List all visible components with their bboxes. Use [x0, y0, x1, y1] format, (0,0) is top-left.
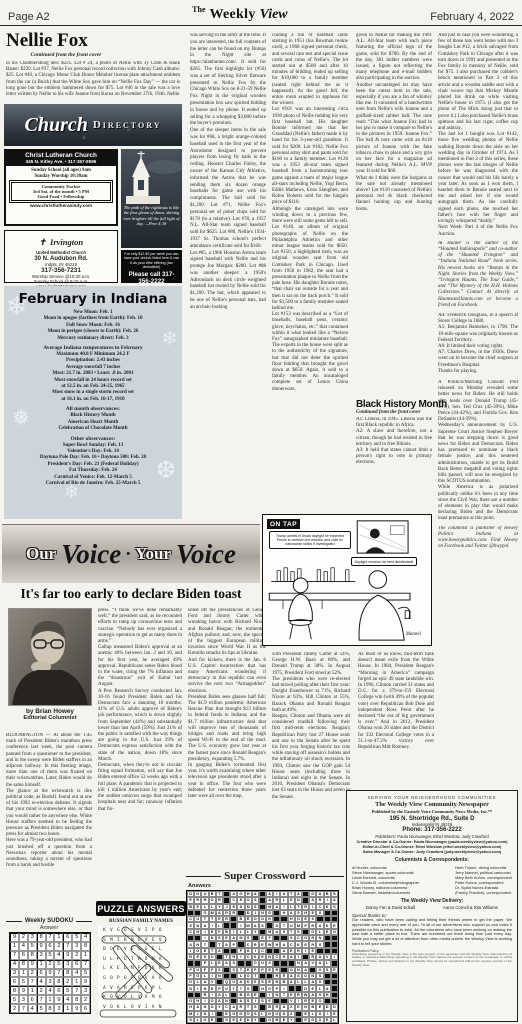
crossword-letter-cell: S: [187, 1017, 194, 1023]
sudoku-cell: 5: [72, 933, 81, 942]
wordsearch-answer-block: RUSSIAN FAMILY NAMES KVGOSVIPOSMIRNOVEVB…: [98, 918, 184, 1020]
cartoon-speech-bubble-2: Daylight remains his best disinfectant!: [351, 557, 417, 566]
sudoku-cell: 6: [54, 986, 63, 995]
lutheran-line2: Sunday Worship 10:30am: [6, 174, 116, 179]
banner-bullet: •: [126, 548, 130, 560]
sudoku-cell: 8: [54, 977, 63, 986]
sudoku-cell: 5: [81, 969, 90, 978]
irvington-name-row: ✝ Irvington: [5, 232, 117, 250]
steeple-verse-ref: —Prov 4:18: [145, 221, 166, 226]
sudoku-cell: 8: [28, 951, 37, 960]
sudoku-cell: 1: [19, 969, 28, 978]
sudoku-cell: 2: [81, 995, 90, 1004]
sudoku-cell: 2: [72, 951, 81, 960]
crossword-answer-block: Super Crossword Answers DOUBTAGHAAIATADA…: [186, 870, 344, 1024]
irvington-phone: 317-356-7231: [5, 267, 117, 274]
sudoku-cell: 6: [10, 977, 19, 986]
howey-tagline: The columnist is publisher of Howey Poli…: [438, 526, 518, 551]
february-temp-line: at 16.1 in. on Feb. 16-17, 1910: [4, 397, 182, 403]
february-in-indiana-box: ❄ ❄ ❅ ❆ ❄ February in Indiana New Moon: …: [4, 286, 182, 519]
cartoonist-signature: Mannel: [406, 632, 421, 637]
sudoku-cell: 2: [54, 942, 63, 951]
sudoku-cell: 9: [72, 1004, 81, 1013]
banner-voice2: Voice: [176, 539, 236, 570]
byline-name: by Brian Howey: [8, 708, 92, 715]
columnists-columns: Al Hunter, columnistSteve Nicewanger, sp…: [352, 865, 512, 895]
crossword-letter-cell: O: [266, 1017, 273, 1023]
sudoku-cell: 2: [63, 977, 72, 986]
february-moon-lines: New Moon: Feb. 1Moon in apogee (farthest…: [4, 310, 182, 342]
crossword-letter-cell: L: [194, 1017, 201, 1023]
sudoku-cell: 3: [81, 986, 90, 995]
sudoku-cell: 5: [46, 951, 55, 960]
sudoku-cell: 3: [19, 995, 28, 1004]
crossword-title: Super Crossword: [224, 870, 306, 882]
nellie-article-col6: And just in case you were wondering, a f…: [438, 33, 518, 238]
cartoon-speech-bubble-1: Trump admits in broad daylight he expect…: [269, 531, 351, 549]
bhm-headline: Black History Month: [356, 399, 432, 410]
church-banner-script: Church: [24, 114, 87, 137]
sudoku-cell: 4: [72, 969, 81, 978]
byline-title: Editorial Columnist: [8, 715, 92, 721]
church-listing-text: For only $12.50 per week you can have yo…: [123, 252, 180, 270]
february-moon-line: Mercury stationary direct: Feb. 3: [4, 336, 182, 342]
nellie-article-col4: cluding a run of baseball cards starting…: [272, 33, 348, 512]
delivery-heading: The Weekly View Delivery:: [352, 898, 512, 904]
sudoku-cell: 6: [46, 942, 55, 951]
cartoon-title: ON TAP: [267, 519, 300, 529]
sudoku-cell: 8: [81, 942, 90, 951]
sudoku-cell: 2: [37, 986, 46, 995]
our-voice-banner: Our Voice • Your Voice: [2, 524, 260, 583]
columnists-left: Al Hunter, columnistSteve Nicewanger, sp…: [352, 865, 419, 895]
howey-col4: with President Jimmy Carter at 54%, Geor…: [272, 652, 350, 864]
sudoku-cell: 9: [10, 933, 19, 942]
crossword-answer-grid: DOUBTAGHAAIATADABSERRORCEOSARLENARIABELL…: [186, 890, 339, 1024]
columnists-right: Herb Thyme, dining columnistJerry Mannel…: [455, 865, 512, 895]
irvington-methodist-ad[interactable]: ✝ Irvington United Methodist Church 30 N…: [4, 230, 118, 283]
february-allmonth-heading: All month observances:: [4, 406, 182, 413]
february-other-heading: Other observances:: [4, 436, 182, 443]
sudoku-cell: 7: [46, 933, 55, 942]
delivery-left: Danny Fan & David Edsall: [366, 905, 415, 910]
sudoku-cell: 5: [54, 960, 63, 969]
sudoku-cell: 4: [10, 960, 19, 969]
sudoku-cell: 9: [54, 995, 63, 1004]
sudoku-cell: 2: [46, 960, 55, 969]
steeple-verse: The path of the righteous is like the fi…: [123, 205, 180, 227]
crossword-letter-cell: E: [237, 1017, 244, 1023]
sudoku-cell: 1: [46, 995, 55, 1004]
nellie-article-col5: given to Nellie for making the 1961 A.L.…: [356, 33, 432, 397]
banner-our: Our: [26, 544, 56, 564]
church-directory-banner: Church Directory: [4, 104, 182, 146]
sudoku-cell: 5: [28, 942, 37, 951]
sudoku-cell: 4: [63, 995, 72, 1004]
crossword-letter-cell: S: [316, 1017, 323, 1023]
lutheran-name: Christ Lutheran Church: [6, 152, 116, 159]
sudoku-cell: 8: [19, 960, 28, 969]
howey-col2: press. “I think we've done remarkably we…: [98, 608, 182, 897]
sudoku-cell: 1: [54, 933, 63, 942]
sudoku-cell: 9: [19, 986, 28, 995]
lutheran-url: www.christlutheranindy.com: [6, 203, 116, 208]
sudoku-cell: 4: [46, 986, 55, 995]
crossword-letter-cell: Y: [288, 1017, 295, 1023]
nellie-fox-headline: Nellie Fox: [6, 30, 166, 52]
howey-col5: As most of us know, mid-term funk doesn'…: [358, 652, 434, 785]
crossword-letter-cell: D: [309, 1017, 316, 1023]
delivery-row: Danny Fan & David Edsall Aaron Cornell &…: [352, 905, 512, 910]
february-allmonth-list: Black History MonthAmerican Heart MonthC…: [4, 413, 182, 432]
nellie-article-col3: was serving in the army at the time. If …: [190, 33, 266, 517]
sudoku-cell: 7: [54, 969, 63, 978]
right-column-stack: And just in case you were wondering, a f…: [438, 33, 518, 777]
bhm-answers-4-7: A4: Frederick Douglass, in a speech at S…: [438, 313, 518, 375]
cross-icon: ✝: [39, 237, 46, 247]
february-temps-heading: Average Indiana temperatures in February: [4, 345, 182, 352]
sudoku-cell: 9: [37, 942, 46, 951]
issue-date: February 4, 2022: [430, 11, 514, 23]
sudoku-cell: 6: [37, 969, 46, 978]
sudoku-cell: 2: [19, 933, 28, 942]
brian-howey-photo: [8, 608, 92, 706]
crossword-letter-cell: B: [273, 1017, 280, 1023]
sudoku-cell: 8: [46, 1004, 55, 1013]
sudoku-cell: 7: [19, 1004, 28, 1013]
sudoku-cell: 2: [10, 1004, 19, 1013]
church-banner-caps: Directory: [93, 119, 162, 131]
page-number: Page A2: [8, 11, 50, 23]
sudoku-cell: 9: [63, 951, 72, 960]
church-steeple-image: [121, 149, 182, 248]
february-box-title: February in Indiana: [4, 291, 182, 307]
delivery-right: Aaron Cornell & Rita Williams: [443, 905, 498, 910]
sudoku-cell: 9: [46, 969, 55, 978]
policy-text: Advertising appearing in the Weekly View…: [352, 953, 512, 968]
sudoku-cell: 3: [72, 942, 81, 951]
church-listing-phone: Please call 317-356-2222: [123, 271, 180, 285]
sudoku-answer-block: Weekly SUDOKU Answer 9238716541459627387…: [6, 918, 92, 1014]
sudoku-cell: 6: [72, 960, 81, 969]
page-header: Page A2 The Weekly View February 4, 2022: [0, 0, 522, 26]
sudoku-cell: 3: [54, 1004, 63, 1013]
published-by: Published by the Eastside Voice Communit…: [352, 809, 512, 814]
black-history-month-block: Black History Month Continued from the f…: [356, 399, 432, 517]
sudoku-cell: 7: [28, 977, 37, 986]
sudoku-cell: 4: [54, 951, 63, 960]
sudoku-cell: 1: [81, 951, 90, 960]
february-observance: Carnival of Rio de Janeiro: Feb. 25-Marc…: [4, 481, 182, 487]
church-steeple-panel: The path of the righteous is like the fi…: [121, 149, 182, 248]
february-temp-lines: Maximum 40.8 F Minimum 24.2 FPrecipitati…: [4, 352, 182, 403]
howey-byline: by Brian Howey Editorial Columnist: [8, 708, 92, 721]
crossword-letter-cell: D: [245, 1017, 252, 1023]
owner-lines: Creative Director & Co-Owner: Paula Nice…: [352, 839, 512, 854]
crossword-letter-cell: L: [331, 1017, 338, 1023]
sudoku-cell: 5: [19, 977, 28, 986]
crossword-letter-cell: E: [324, 1017, 331, 1023]
sudoku-cell: 3: [10, 969, 19, 978]
crossword-letter-cell: O: [201, 1017, 208, 1023]
sudoku-cell: 6: [28, 995, 37, 1004]
irvington-name: Irvington: [50, 237, 83, 247]
crossword-letter-cell: Y: [252, 1017, 259, 1023]
sudoku-cell: 7: [37, 995, 46, 1004]
sudoku-cell: 6: [19, 951, 28, 960]
sudoku-cell: 1: [37, 960, 46, 969]
lutheran-line1: Sunday School (all ages) 9am: [6, 168, 116, 173]
nellie-fox-continued-line: Continued from the front cover: [6, 52, 126, 58]
sudoku-cell: 3: [28, 933, 37, 942]
howey-col3: ished off the presidencies of Gerald For…: [188, 608, 266, 865]
sudoku-cell: 4: [28, 1004, 37, 1013]
lutheran-euchre3: Good Food • Fellowship: [12, 194, 110, 199]
sudoku-cell: 5: [63, 986, 72, 995]
february-box-content: February in Indiana New Moon: Feb. 1Moon…: [4, 291, 182, 487]
sudoku-cell: 1: [10, 942, 19, 951]
masthead-info-box: SERVING YOUR NEIGHBORHOOD COMMUNITIES Th…: [346, 790, 518, 1022]
serving-line: SERVING YOUR NEIGHBORHOOD COMMUNITIES: [352, 795, 512, 800]
crossword-letter-cell: E: [230, 1017, 237, 1023]
sudoku-cell: 7: [72, 986, 81, 995]
sudoku-cell: 3: [46, 977, 55, 986]
nellie-article-col1: in his Chambersburg den: $225. Lot # 24,…: [6, 61, 180, 102]
sudoku-cell: 8: [10, 986, 19, 995]
crossword-subtitle: Answers: [188, 883, 344, 889]
editorial-cartoon: ON TAP Trump admits in broad daylight he…: [262, 514, 432, 646]
sudoku-cell: 2: [28, 969, 37, 978]
sudoku-cell: 8: [72, 995, 81, 1004]
church-listing-ad[interactable]: For only $12.50 per week you can have yo…: [121, 250, 182, 283]
sudoku-cell: 6: [81, 1004, 90, 1013]
crossword-letter-cell: E: [280, 1017, 287, 1023]
lutheran-ad-header: Christ Lutheran Church 345 N. Kitley Ave…: [6, 151, 116, 166]
sudoku-answer-grid: 9238716541459627387683549214891253673126…: [9, 932, 91, 1014]
lutheran-address: 345 N. Kitley Ave. • 317-357-8596: [6, 159, 116, 164]
sudoku-cell: 3: [37, 951, 46, 960]
bhm-continued-line: Continued from the front cover: [356, 410, 432, 415]
sudoku-cell: 4: [37, 977, 46, 986]
christ-lutheran-ad[interactable]: Christ Lutheran Church 345 N. Kitley Ave…: [4, 149, 118, 226]
sudoku-cell: 8: [63, 969, 72, 978]
irvington-denomination: United Methodist Church: [5, 250, 117, 255]
sudoku-subtitle: Answer: [6, 925, 92, 931]
lutheran-euchre-box: Community Euchre 3rd Sat. of the month •…: [11, 182, 111, 201]
sudoku-cell: 4: [81, 933, 90, 942]
sudoku-title-row: Weekly SUDOKU: [6, 918, 92, 924]
masthead-the: The: [192, 5, 205, 14]
sudoku-title: Weekly SUDOKU: [25, 918, 73, 924]
crossword-black-cell: [216, 1017, 223, 1023]
sudoku-cell: 9: [81, 977, 90, 986]
sudoku-cell: 5: [37, 1004, 46, 1013]
masthead-weekly: Weekly: [210, 7, 256, 22]
sudoku-cell: 4: [19, 942, 28, 951]
sudoku-cell: 1: [63, 1004, 72, 1013]
paper-name: The Weekly View Community Newspaper: [352, 801, 512, 808]
sudoku-cell: 1: [28, 986, 37, 995]
howey-col1: BLOOMINGTON — At about the 1:45 mark of …: [6, 733, 92, 913]
sudoku-cell: 7: [63, 942, 72, 951]
crossword-letter-cell: S: [223, 1017, 230, 1023]
office-phone: Phone: 317-356-2222: [352, 827, 512, 833]
columnist: Steve Barnett, historian/columnist: [352, 890, 419, 895]
sudoku-cell: 5: [10, 995, 19, 1004]
thanks-text: Our readers, who have been calling and t…: [352, 918, 512, 947]
sudoku-cell: 7: [81, 960, 90, 969]
sudoku-cell: 8: [37, 933, 46, 942]
wordsearch-circles: [98, 926, 184, 1020]
columnists-heading: Columnists & Correspondents:: [352, 857, 512, 863]
masthead-view: View: [260, 7, 288, 22]
howey-headline: It's far too early to declare Biden toas…: [2, 586, 260, 602]
bhm-answers-1-3: A1: Liberia, in 1945. Liberia was the fi…: [356, 417, 432, 507]
sudoku-cell: 9: [28, 960, 37, 969]
howey-right-column: A Politico/Morning Consult Poll released…: [438, 380, 518, 523]
sudoku-cell: 7: [10, 951, 19, 960]
crossword-letter-cell: E: [209, 1017, 216, 1023]
crossword-letter-cell: E: [302, 1017, 309, 1023]
banner-your: Your: [135, 544, 171, 564]
february-other-list: Super Bowl Sunday: Feb. 13Valentine's Da…: [4, 443, 182, 488]
banner-voice1: Voice: [61, 539, 121, 570]
newspaper-masthead: The Weekly View: [192, 5, 288, 23]
wordsearch-answer-grid: KVGOSVIPOSMIRNOVEVBOEVESSELULPETROVALKED…: [98, 926, 184, 1020]
puzzle-answers-banner: PUZZLE ANSWERS: [96, 901, 186, 916]
february-observance: Celebration of Chocolate Month: [4, 426, 182, 432]
columnist: (Family Practice), correspondent: [455, 890, 512, 895]
wordsearch-title: RUSSIAN FAMILY NAMES: [98, 918, 184, 924]
sudoku-cell: 3: [63, 960, 72, 969]
sudoku-cell: 1: [72, 977, 81, 986]
crossword-title-row: Super Crossword: [186, 870, 344, 882]
owner-line: Sales Manager & Co-Owner: Judy Crawford …: [352, 849, 512, 854]
newspaper-page: Page A2 The Weekly View February 4, 2022…: [0, 0, 522, 1024]
crossword-black-cell: [259, 1017, 266, 1023]
crossword-black-cell: [295, 1017, 302, 1023]
sudoku-cell: 6: [63, 933, 72, 942]
al-hunter-bio: Al Hunter is the author of the “Haunted …: [438, 241, 518, 309]
